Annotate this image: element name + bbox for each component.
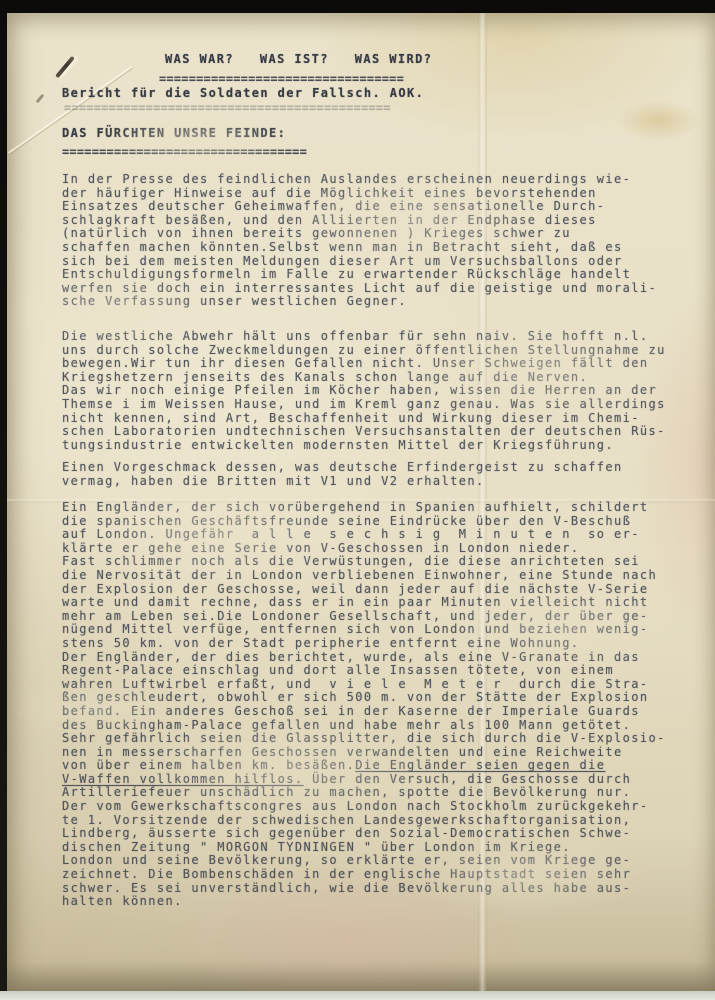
paragraph-england-report: Ein Engländer, der sich vorübergehend in… xyxy=(62,501,666,909)
paper-sheet: WAS WAR? WAS IST? WAS WIRD? ============… xyxy=(7,13,715,991)
section-heading: DAS FÜRCHTEN UNSRE FEINDE: xyxy=(62,127,286,141)
pin-hole-mark-small xyxy=(36,94,45,104)
paragraph-press-reports: In der Presse des feindlichen Auslandes … xyxy=(62,173,657,309)
table-surface-strip xyxy=(0,991,715,1000)
england-report-text-before: Ein Engländer, der sich vorübergehend in… xyxy=(62,500,666,772)
england-report-text-after: Über den Versuch, die Geschosse durch Ar… xyxy=(62,772,648,908)
title-underline: ================================= xyxy=(159,73,404,87)
paragraph-v1-v2: Einen Vorgeschmack dessen, was deutsche … xyxy=(62,461,623,488)
doc-subtitle: Bericht für die Soldaten der Fallsch. AO… xyxy=(62,87,424,101)
doc-title: WAS WAR? WAS IST? WAS WIRD? xyxy=(165,53,432,67)
pin-hole-mark xyxy=(55,56,75,78)
section-heading-underline: ================================= xyxy=(62,146,307,160)
document-photo: WAS WAR? WAS IST? WAS WIRD? ============… xyxy=(0,0,715,1000)
paragraph-western-defense: Die westliche Abwehr hält uns offenbar f… xyxy=(62,330,666,452)
subtitle-underline: ========================================… xyxy=(64,102,391,116)
